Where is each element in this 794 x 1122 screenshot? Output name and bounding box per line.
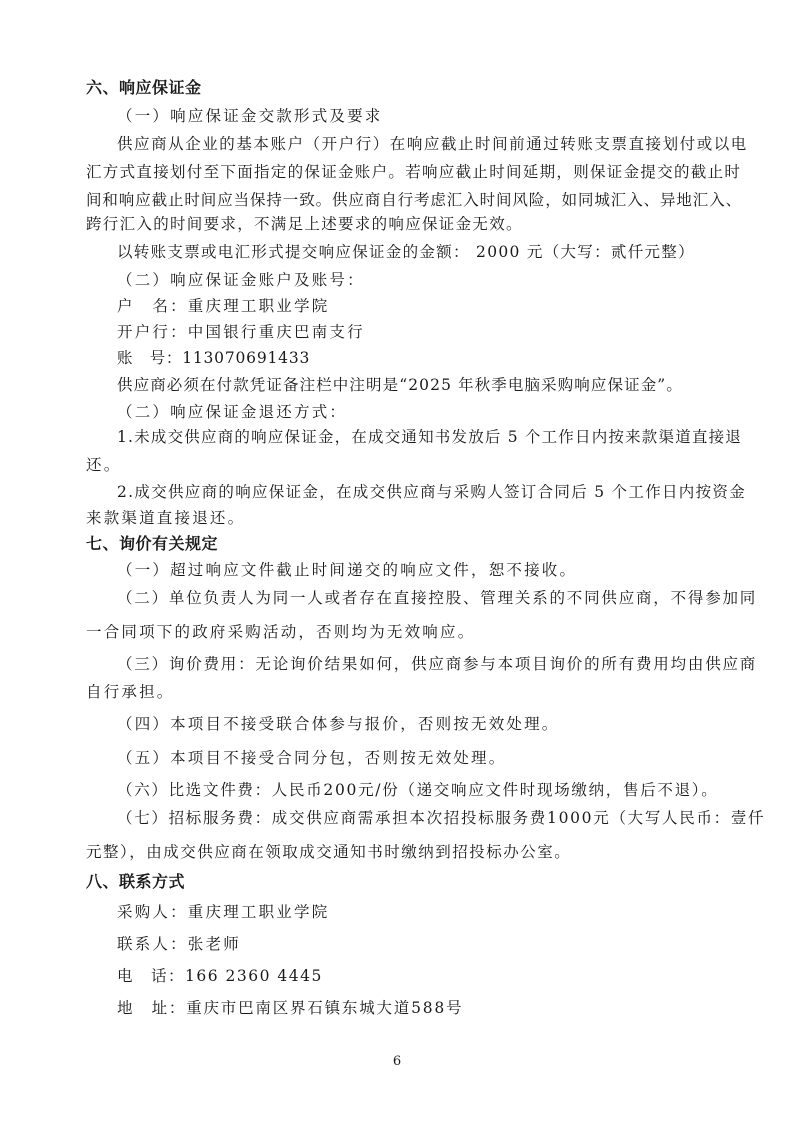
rule-item-2-cont: 一合同项下的政府采购活动，否则均为无效响应。 (86, 622, 475, 642)
paragraph-line: 汇方式直接划付至下面指定的保证金账户。若响应截止时间延期，则保证金提交的截止时 (86, 162, 741, 182)
rule-item-5: （五）本项目不接受合同分包，否则按无效处理。 (117, 748, 506, 768)
rule-item-7-cont: 元整），由成交供应商在领取成交通知书时缴纳到招投标办公室。 (86, 842, 571, 862)
page-number: 6 (0, 1054, 794, 1069)
contact-purchaser: 采购人：重庆理工职业学院 (117, 902, 329, 922)
paragraph-line: 供应商从企业的基本账户（开户行）在响应截止时间前通过转账支票直接划付或以电 (117, 134, 748, 154)
rule-item-3: （三）询价费用：无论询价结果如何，供应商参与本项目询价的所有费用均由供应商 (117, 654, 757, 674)
account-name: 户 名：重庆理工职业学院 (117, 296, 329, 316)
rule-item-1: （一）超过响应文件截止时间递交的响应文件，恕不接收。 (117, 560, 577, 580)
subheading-deposit-form: （一）响应保证金交款形式及要求 (117, 106, 383, 126)
rule-item-4: （四）本项目不接受联合体参与报价，否则按无效处理。 (117, 714, 560, 734)
paragraph-line: 间和响应截止时间应当保持一致。供应商自行考虑汇入时间风险，如同城汇入、异地汇入、 (86, 190, 742, 210)
refund-item-1: 1.未成交供应商的响应保证金，在成交通知书发放后 5 个工作日内按来款渠道直接退 (117, 427, 742, 447)
paragraph-line: 跨行汇入的时间要求，不满足上述要求的响应保证金无效。 (86, 214, 523, 234)
section-heading-deposit: 六、响应保证金 (86, 78, 202, 98)
section-heading-inquiry-rules: 七、询价有关规定 (86, 534, 218, 554)
contact-person: 联系人：张老师 (117, 934, 241, 954)
subheading-deposit-account: （二）响应保证金账户及账号： (117, 270, 365, 290)
payment-note: 供应商必须在付款凭证备注栏中注明是“2025 年秋季电脑采购响应保证金”。 (117, 375, 683, 395)
refund-item-2: 2.成交供应商的响应保证金，在成交供应商与采购人签订合同后 5 个工作日内按资金 (117, 482, 746, 502)
contact-address: 地 址：重庆市巴南区界石镇东城大道588号 (117, 998, 463, 1018)
section-heading-contact: 八、联系方式 (86, 872, 185, 892)
refund-item-1-cont: 还。 (86, 455, 121, 475)
rule-item-2: （二）单位负责人为同一人或者存在直接控股、管理关系的不同供应商，不得参加同 (117, 588, 757, 608)
subheading-deposit-refund: （二）响应保证金退还方式： (117, 402, 347, 422)
bank-name: 开户行：中国银行重庆巴南支行 (117, 322, 365, 342)
contact-phone: 电 话：166 2360 4445 (117, 966, 323, 986)
refund-item-2-cont: 来款渠道直接退还。 (86, 508, 245, 528)
rule-item-6: （六）比选文件费：人民币200元/份（递交响应文件时现场缴纳，售后不退）。 (117, 780, 718, 800)
account-number: 账 号：113070691433 (117, 348, 310, 368)
deposit-amount: 以转账支票或电汇形式提交响应保证金的金额： 2000 元（大写：贰仟元整） (117, 242, 695, 262)
rule-item-7: （七）招标服务费：成交供应商需承担本次招投标服务费1000元（大写人民币：壹仟 (117, 808, 765, 828)
rule-item-3-cont: 自行承担。 (86, 682, 175, 702)
